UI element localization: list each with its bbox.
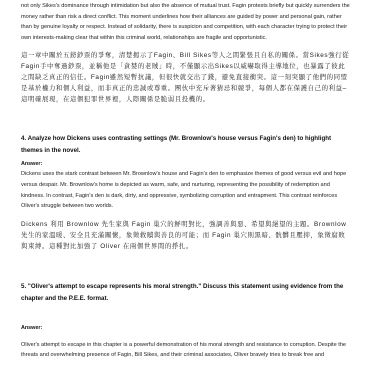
q5-answer-english: Oliver's attempt to escape in this chapt…	[21, 340, 351, 361]
question-4-heading: 4. Analyze how Dickens uses contrasting …	[21, 133, 351, 157]
q3-answer-english-tail: not only Sikes's dominance through intim…	[21, 1, 351, 43]
q3-answer-chinese: 這一章中關於五鎊鈔票的爭奪，清楚揭示了Fagin、Bill Sikes等人之間緊…	[21, 50, 351, 105]
q4-answer-label: Answer:	[21, 159, 351, 169]
document-page: not only Sikes's dominance through intim…	[21, 1, 351, 361]
q5-answer-label: Answer:	[21, 323, 351, 333]
q4-answer-english: Dickens uses the stark contrast between …	[21, 169, 351, 211]
question-5-heading: 5. "Oliver's attempt to escape represent…	[21, 281, 351, 305]
q4-answer-chinese: Dickens 利用 Brownlow 先生家與 Fagin 巢穴的鮮明對比，強…	[21, 219, 351, 252]
